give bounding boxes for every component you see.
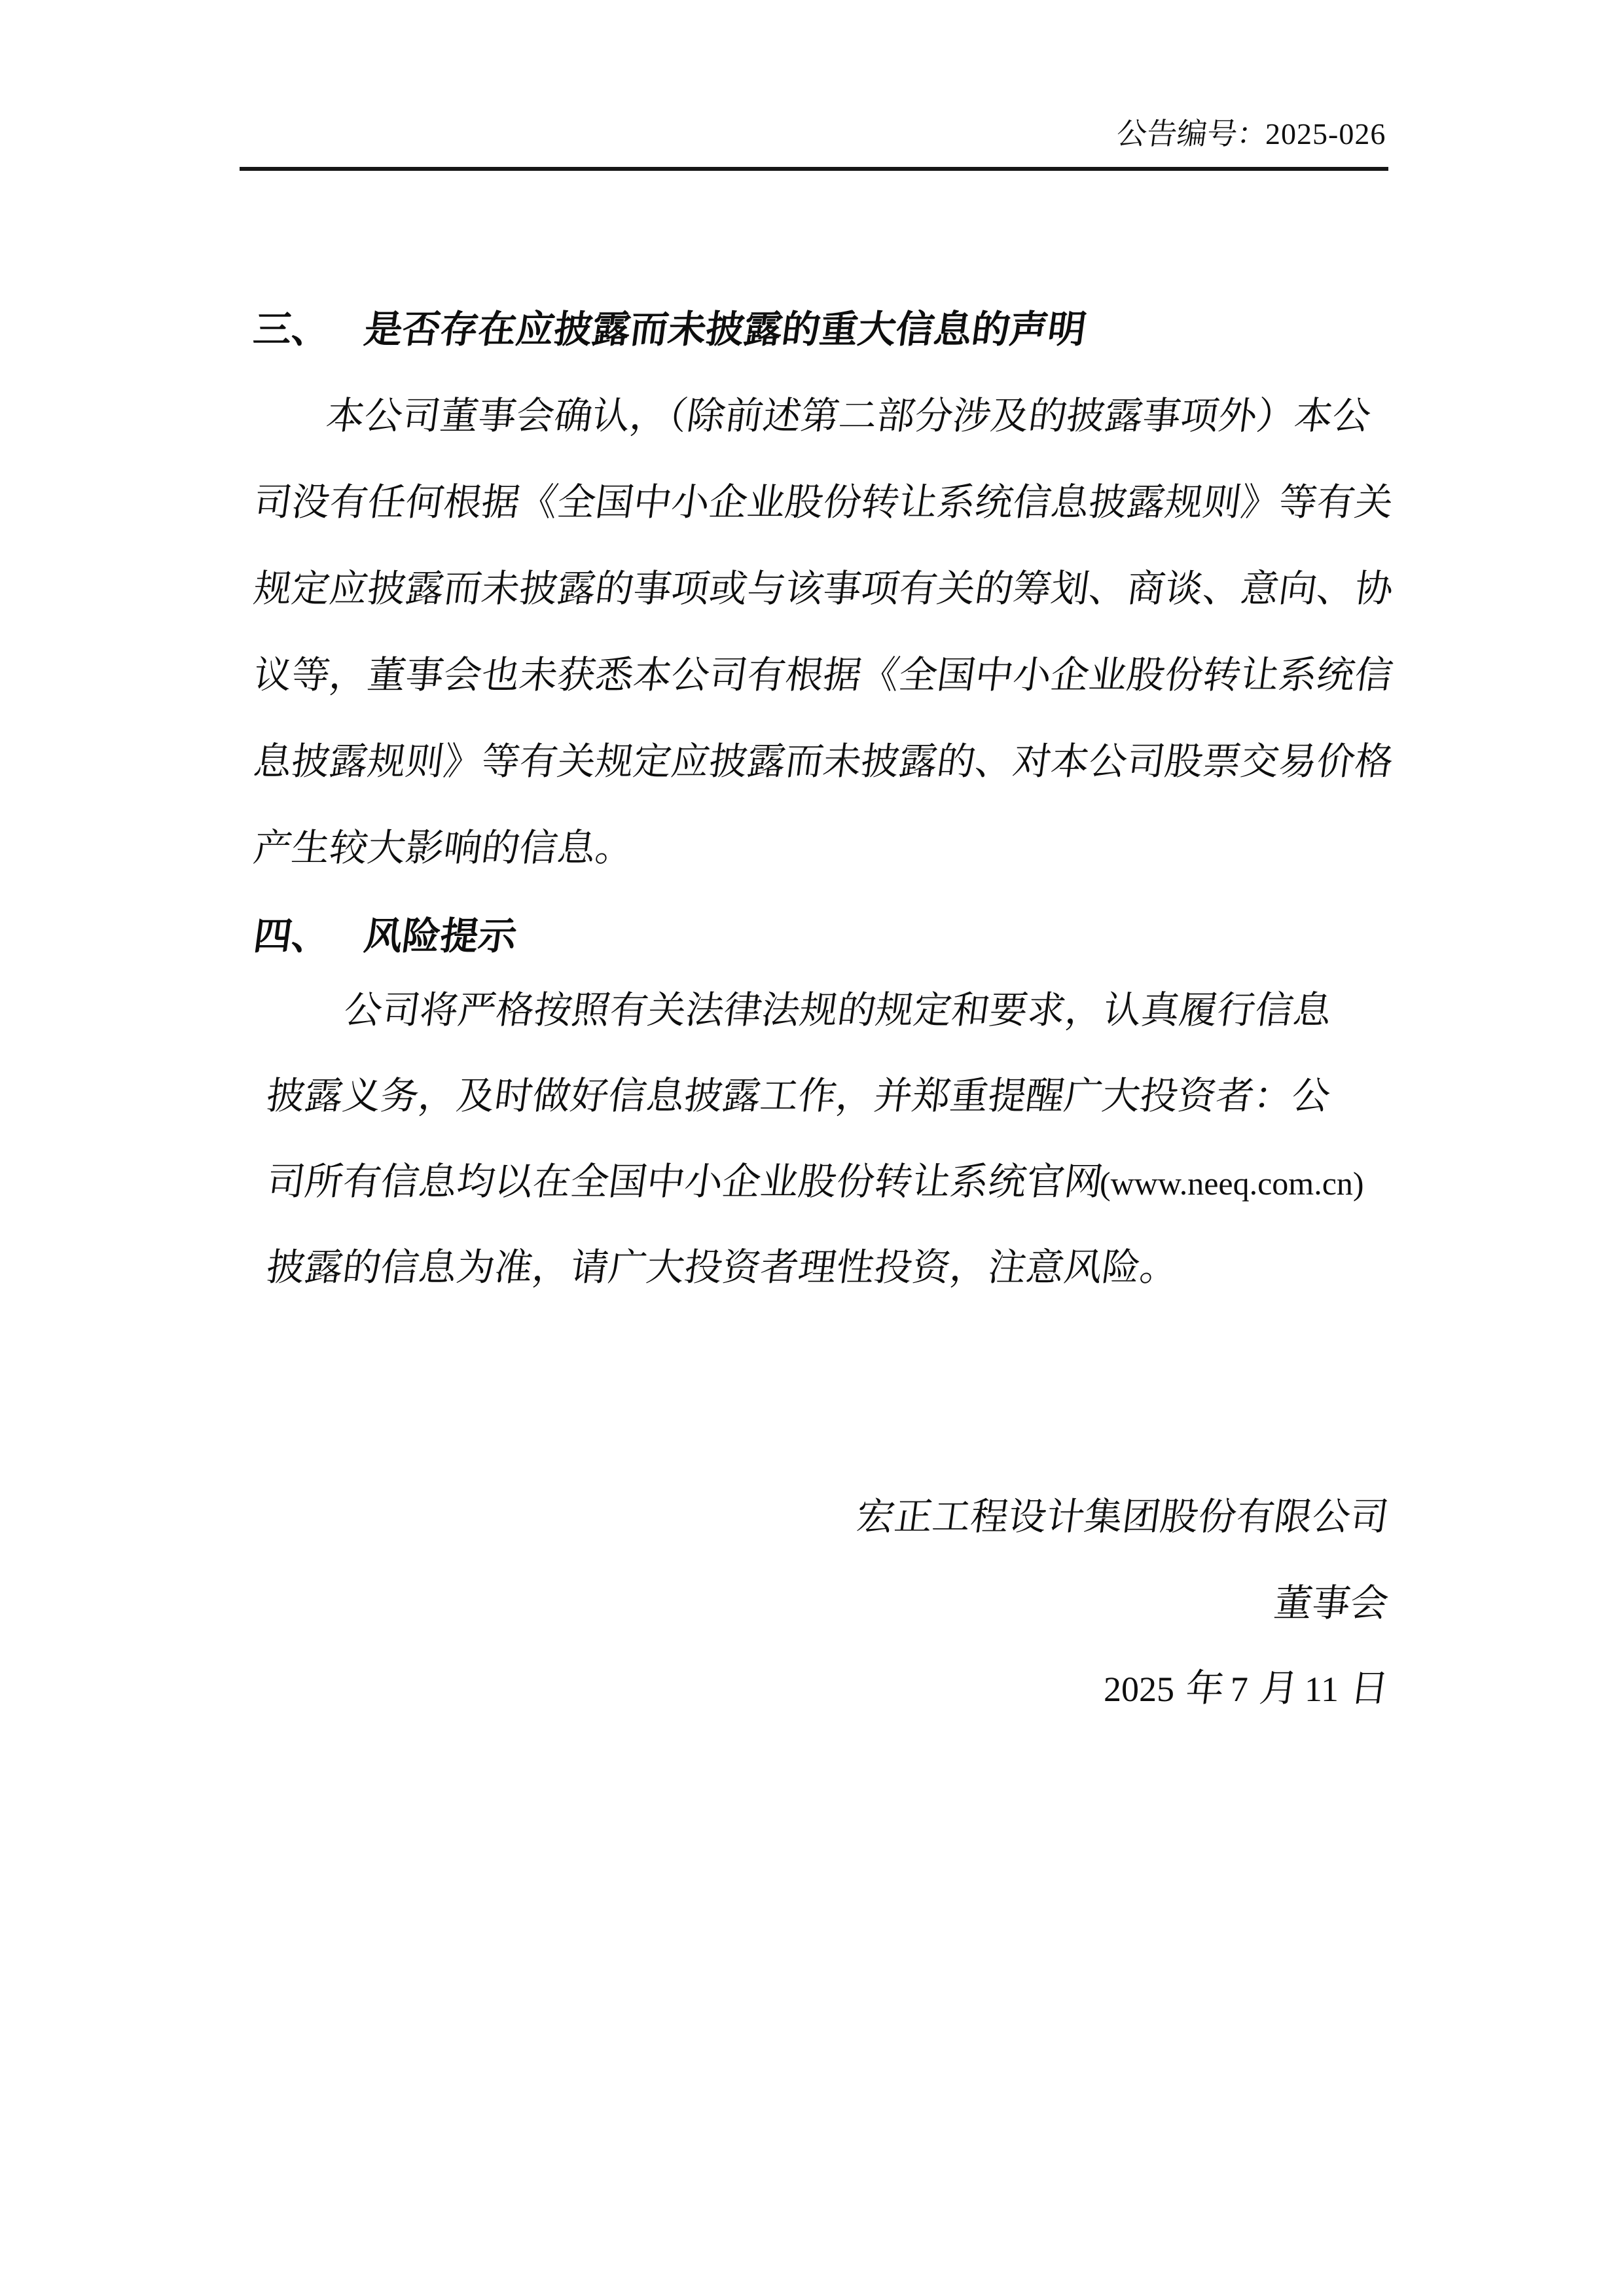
body-line: 产生较大影响的信息。 (251, 829, 636, 867)
section-4-heading: 四、风险提示 (251, 918, 519, 956)
body-line-text: 司所有信息均以在全国中小企业股份转让系统官网 (264, 1160, 1106, 1203)
date-month: 7 (1231, 1670, 1248, 1708)
signature-board: 董事会 (1272, 1585, 1391, 1623)
header-divider-rule (240, 167, 1388, 171)
announcement-number: 公告编号：2025-026 (1115, 118, 1390, 150)
neeq-website-url: (www.neeq.com.cn) (1100, 1164, 1364, 1202)
body-line: 议等，董事会也未获悉本公司有根据《全国中小企业股份转让系统信 (251, 656, 1396, 694)
section-3-number: 三、 (251, 311, 367, 349)
signature-company: 宏正工程设计集团股份有限公司 (854, 1498, 1391, 1536)
section-3-title: 是否存在应披露而未披露的重大信息的声明 (362, 308, 1089, 351)
body-line: 规定应披露而未披露的事项或与该事项有关的筹划、商谈、意向、协 (251, 570, 1396, 608)
section-4-number: 四、 (251, 918, 367, 956)
announcement-number-value: 2025-026 (1265, 118, 1386, 150)
body-line: 息披露规则》等有关规定应披露而未披露的、对本公司股票交易价格 (251, 743, 1396, 781)
body-line: 披露的信息为准，请广大投资者理性投资，注意风险。 (264, 1249, 1181, 1287)
body-line: 司没有任何根据《全国中小企业股份转让系统信息披露规则》等有关 (251, 484, 1396, 522)
date-year: 2025 (1104, 1670, 1174, 1708)
body-line: 披露义务，及时做好信息披露工作，并郑重提醒广大投资者：公 (264, 1077, 1333, 1115)
section-3-heading: 三、是否存在应披露而未披露的重大信息的声明 (251, 311, 1089, 349)
date-day-label: 日 (1348, 1667, 1392, 1710)
body-line: 本公司董事会确认，（除前述第二部分涉及的披露事项外）本公 (251, 397, 1373, 435)
date-year-label: 年 (1183, 1667, 1227, 1710)
body-line: 公司将严格按照有关法律法规的规定和要求，认真履行信息 (264, 992, 1334, 1030)
signature-date: 2025年7月11日 (1104, 1670, 1391, 1708)
date-month-label: 月 (1257, 1667, 1301, 1710)
date-day: 11 (1305, 1670, 1339, 1708)
section-4-title: 风险提示 (362, 915, 520, 958)
body-line: 司所有信息均以在全国中小企业股份转让系统官网(www.neeq.com.cn) (264, 1163, 1369, 1202)
document-page: 公告编号：2025-026 三、是否存在应披露而未披露的重大信息的声明 本公司董… (0, 0, 1624, 2296)
announcement-number-label: 公告编号： (1115, 117, 1270, 151)
